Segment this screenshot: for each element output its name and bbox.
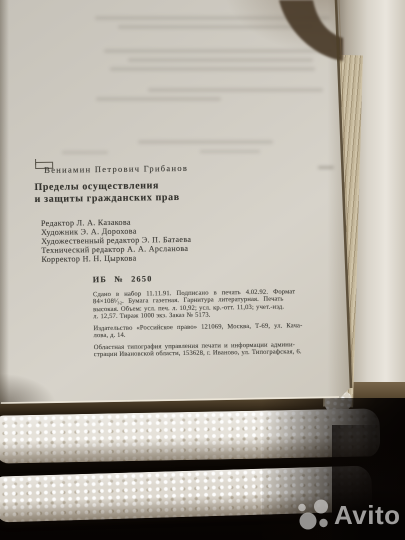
book-imprint-page: Вениамин Петрович Грибанов Пределы осуще… [0, 0, 352, 405]
author-name-box: Вениамин Петрович Грибанов [35, 162, 53, 169]
avito-wordmark: Avito [334, 498, 401, 532]
book-title: Пределы осуществления и защиты гражданск… [34, 178, 344, 206]
show-through-smudge [96, 97, 221, 101]
author-name: Вениамин Петрович Грибанов [44, 163, 188, 175]
show-through-smudge [62, 151, 108, 154]
marketplace-photo: Вениамин Петрович Грибанов Пределы осуще… [0, 0, 405, 540]
printer-paragraph: Областная типография управления печати и… [94, 340, 343, 358]
avito-watermark: Avito [296, 496, 405, 534]
credits-list: Редактор Л. А. Казакова Художник Э. А. Д… [41, 214, 346, 264]
show-through-smudge [118, 25, 313, 29]
show-through-smudge [148, 88, 323, 92]
show-through-smudge [110, 67, 315, 71]
show-through-smudge [138, 140, 273, 144]
imprint-text: Вениамин Петрович Грибанов Пределы осуще… [34, 152, 347, 360]
publisher-paragraph: Издательство «Российское право» 121069, … [93, 321, 342, 339]
avito-logo-icon [296, 498, 332, 532]
imprint-paragraph: Сдано в набор 11.11.91. Подписано в печа… [93, 287, 342, 320]
show-through-smudge [104, 49, 332, 53]
show-through-smudge [95, 16, 330, 20]
ib-number: ИБ № 2650 [93, 271, 346, 284]
show-through-smudge [128, 58, 313, 62]
